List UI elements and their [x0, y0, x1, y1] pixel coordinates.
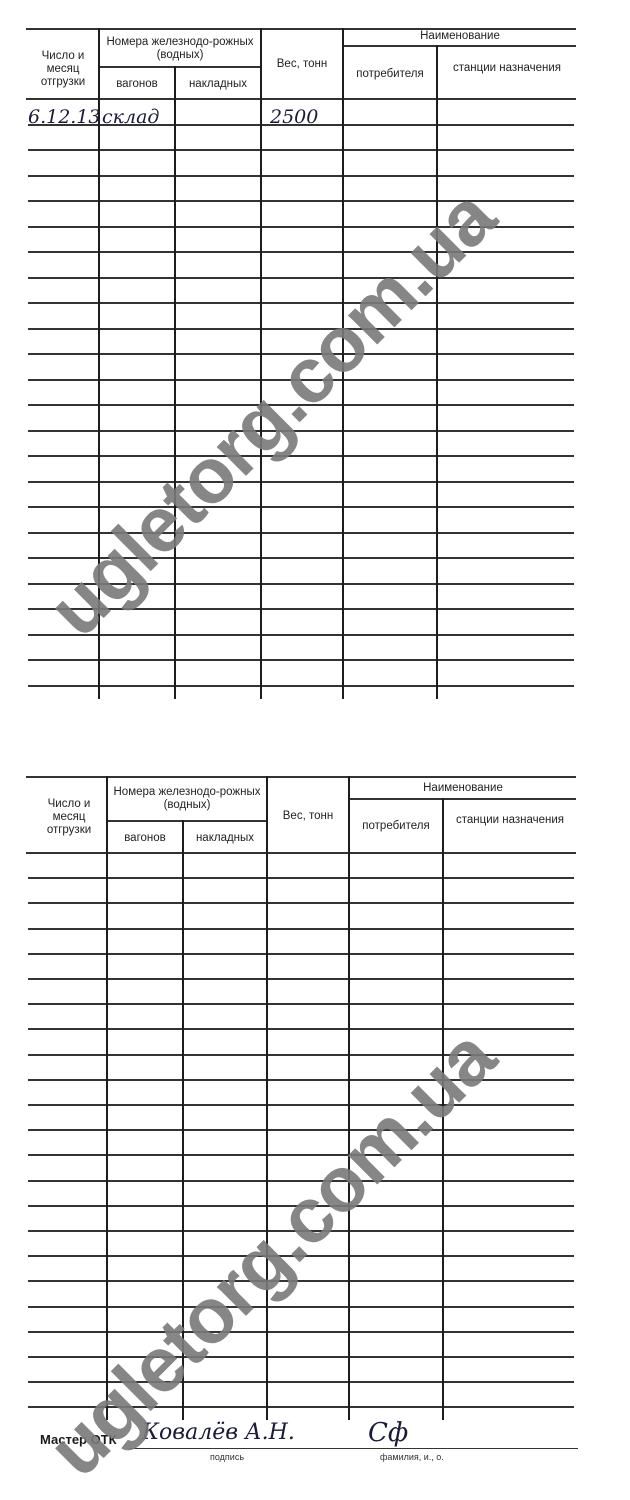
row-rule: [28, 200, 574, 202]
header-weight: Вес, тонн: [262, 58, 342, 71]
header-name: Наименование: [344, 30, 576, 43]
header-wagons: вагонов: [108, 832, 182, 845]
row-rule: [28, 455, 574, 457]
row-rule: [28, 1331, 574, 1333]
row-rule: [28, 481, 574, 483]
row-rule: [28, 506, 574, 508]
header-date: Число и месяц отгрузки: [30, 50, 96, 89]
header-wagons: вагонов: [100, 78, 174, 91]
column-rule: [266, 852, 268, 1420]
header-date: Число и месяц отгрузки: [34, 798, 104, 837]
name-caption: фамилия, и., о.: [380, 1452, 444, 1462]
header-consumer: потребителя: [344, 68, 436, 81]
row-rule: [28, 1306, 574, 1308]
cell-weight: 2500: [270, 106, 318, 128]
signature-line: [130, 1448, 578, 1449]
row-rule: [28, 659, 574, 661]
row-rule: [28, 953, 574, 955]
cell-wagons: склад: [102, 106, 159, 128]
row-rule: [28, 1028, 574, 1030]
row-rule: [28, 978, 574, 980]
header-waybills: накладных: [184, 832, 266, 845]
cell-date: 6.12.13: [28, 106, 101, 128]
row-rule: [28, 928, 574, 930]
row-rule: [28, 277, 574, 279]
header-name: Наименование: [350, 782, 576, 795]
row-rule: [28, 1154, 574, 1156]
row-rule: [28, 1104, 574, 1106]
row-rule: [28, 175, 574, 177]
signature-caption: подпись: [210, 1452, 244, 1462]
column-rule: [174, 98, 176, 699]
header-station: станции назначения: [444, 814, 576, 827]
row-rule: [28, 149, 574, 151]
header-numbers: Номера железнодо-рожных (водных): [102, 36, 258, 62]
header-waybills: накладных: [176, 78, 260, 91]
column-rule: [106, 852, 108, 1420]
row-rule: [28, 302, 574, 304]
handwritten-signature: Сф: [368, 1418, 408, 1448]
row-rule: [28, 685, 574, 687]
row-rule: [28, 1003, 574, 1005]
header-weight: Вес, тонн: [268, 810, 348, 823]
table-body: [26, 852, 576, 1420]
header-numbers: Номера железнодо-рожных (водных): [110, 786, 264, 812]
row-rule: [28, 902, 574, 904]
row-rule: [28, 1129, 574, 1131]
header-station: станции назначения: [438, 62, 576, 75]
table-header: Число и месяц отгрузки Номера железнодо-…: [26, 776, 576, 846]
table-header: Число и месяц отгрузки Номера железнодо-…: [26, 28, 576, 98]
row-rule: [28, 877, 574, 879]
header-consumer: потребителя: [350, 820, 442, 833]
